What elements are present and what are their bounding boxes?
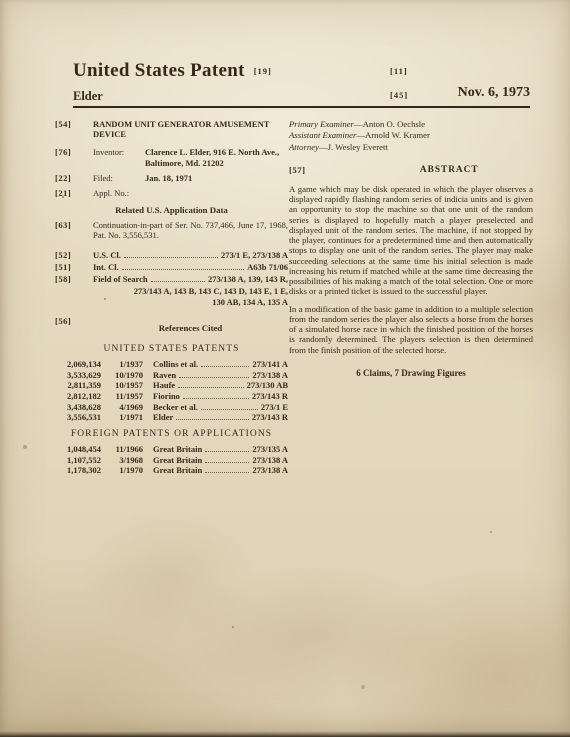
table-row: 3,438,628 4/1969 Becker et al. 273/1 E — [55, 402, 288, 412]
patentee-name: Fiorino — [153, 391, 180, 401]
kind-code-19: [19] — [254, 66, 272, 76]
patent-date: 1/1937 — [101, 359, 143, 369]
patent-class: 273/138 A — [252, 455, 288, 465]
field-of-search-value: 273/138 A, 139, 143 R, — [208, 274, 288, 284]
us-cl-value: 273/1 E, 273/138 A — [221, 250, 288, 260]
dot-leader — [179, 377, 249, 378]
field-code-56: [56] — [55, 316, 93, 338]
header-name-row: Elder [45] Nov. 6, 1973 — [73, 87, 530, 107]
claims-line: 6 Claims, 7 Drawing Figures — [289, 368, 533, 379]
examiner-role: Assistant Examiner — [289, 130, 356, 140]
table-row: 3,556,531 1/1971 Elder 273/143 R — [55, 412, 288, 422]
patent-number: 3,533,629 — [55, 370, 101, 380]
patent-class: 273/130 AB — [247, 380, 288, 390]
patent-class: 273/138 A — [252, 370, 288, 380]
field-51-int-cl: [51] Int. Cl. A63b 71/06 — [55, 262, 288, 273]
patent-number: 2,069,134 — [55, 359, 101, 369]
field-code-63: [63] — [55, 220, 93, 240]
field-22-filed: [22] Filed: Jan. 18, 1971 — [55, 173, 288, 183]
invention-title: RANDOM UNIT GENERATOR AMUSEMENT DEVICE — [93, 119, 288, 139]
patent-date: 11/1957 — [101, 391, 143, 401]
patent-number: 1,107,552 — [55, 455, 101, 465]
patentee-name: Becker et al. — [153, 402, 198, 412]
inventor-value: Clarence L. Elder, 916 E. North Ave., Ba… — [145, 147, 288, 167]
patent-country: Great Britain — [153, 455, 202, 465]
attorney-name: —J. Wesley Everett — [319, 142, 388, 152]
field-code-54: [54] — [55, 119, 93, 139]
dot-leader — [201, 409, 258, 410]
abstract-heading-row: [57] ABSTRACT — [289, 165, 533, 176]
dot-leader — [205, 472, 249, 473]
dot-leader — [124, 257, 218, 258]
primary-examiner-line: Primary Examiner—Anton O. Oechsle — [289, 119, 533, 129]
patent-number: 1,178,302 — [55, 465, 101, 475]
inventor-label: Inventor: — [93, 147, 145, 167]
dot-leader — [178, 387, 243, 388]
assistant-examiner-line: Assistant Examiner—Arnold W. Kramer — [289, 130, 533, 140]
issue-date: Nov. 6, 1973 — [458, 85, 530, 101]
field-of-search-block: Field of Search 273/138 A, 139, 143 R, 2… — [93, 274, 288, 308]
field-code-58: [58] — [55, 274, 93, 308]
abstract-paragraph-2: In a modification of the basic game in a… — [289, 304, 533, 355]
search-continuation-1: 273/143 A, 143 B, 143 C, 143 D, 143 E, 1… — [93, 286, 288, 296]
patent-date: 1/1971 — [101, 412, 143, 422]
abstract-paragraph-1: A game which may be disk operated in whi… — [289, 184, 533, 297]
examiners-block: Primary Examiner—Anton O. Oechsle Assist… — [289, 119, 533, 152]
patentee-name: Collins et al. — [153, 359, 198, 369]
table-row: 2,811,359 10/1957 Haufe 273/130 AB — [55, 380, 288, 390]
us-cl-line: U.S. Cl. 273/1 E, 273/138 A — [93, 250, 288, 260]
patent-number: 1,048,454 — [55, 444, 101, 454]
patent-class: 273/141 A — [252, 359, 288, 369]
examiner-role: Primary Examiner — [289, 119, 354, 129]
table-row: 1,107,552 3/1968 Great Britain 273/138 A — [55, 455, 288, 465]
patent-number: 2,811,359 — [55, 380, 101, 390]
references-cited-heading: References Cited — [93, 323, 288, 334]
left-column: [54] RANDOM UNIT GENERATOR AMUSEMENT DEV… — [55, 119, 288, 476]
appl-no-label: Appl. No.: — [93, 188, 145, 198]
us-patents-table: 2,069,134 1/1937 Collins et al. 273/141 … — [55, 359, 288, 423]
int-cl-line: Int. Cl. A63b 71/06 — [93, 262, 288, 272]
examiner-name: —Arnold W. Kramer — [356, 130, 430, 140]
patent-date: 4/1969 — [101, 402, 143, 412]
patent-class: 273/143 R — [252, 412, 288, 422]
field-code-21: [21] — [55, 188, 93, 198]
patent-date: 1/1970 — [101, 465, 143, 475]
patent-class: 273/138 A — [252, 465, 288, 475]
field-of-search-label: Field of Search — [93, 274, 148, 284]
field-code-51: [51] — [55, 262, 93, 273]
search-continuation-2: 130 AB, 134 A, 135 A — [93, 297, 288, 307]
header-rule — [73, 106, 530, 108]
patent-class: 273/143 R — [252, 391, 288, 401]
int-cl-value: A63b 71/06 — [247, 262, 288, 272]
dot-leader — [201, 366, 249, 367]
patent-date: 11/1966 — [101, 444, 143, 454]
field-of-search-line: Field of Search 273/138 A, 139, 143 R, — [93, 274, 288, 284]
foreign-patents-table: 1,048,454 11/1966 Great Britain 273/135 … — [55, 444, 288, 476]
field-58-search: [58] Field of Search 273/138 A, 139, 143… — [55, 274, 288, 308]
dot-leader — [151, 281, 205, 282]
dot-leader — [183, 398, 249, 399]
patent-class: 273/135 A — [252, 444, 288, 454]
patent-class: 273/1 E — [261, 402, 288, 412]
patent-title: United States Patent — [73, 60, 245, 81]
appl-no-value — [145, 188, 288, 198]
scan-bottom-edge — [0, 731, 570, 737]
patent-document-page: United States Patent[19] [11] Elder [45]… — [0, 0, 570, 737]
filed-date: Jan. 18, 1971 — [145, 173, 288, 183]
field-54-title: [54] RANDOM UNIT GENERATOR AMUSEMENT DEV… — [55, 119, 288, 139]
us-patents-heading: UNITED STATES PATENTS — [55, 344, 288, 355]
examiner-name: —Anton O. Oechsle — [354, 119, 425, 129]
field-code-52: [52] — [55, 250, 93, 261]
field-code-22: [22] — [55, 173, 93, 183]
patent-date: 10/1957 — [101, 380, 143, 390]
patent-country: Great Britain — [153, 465, 202, 475]
table-row: 3,533,629 10/1970 Raven 273/138 A — [55, 370, 288, 380]
patentee-name: Haufe — [153, 380, 175, 390]
us-cl-label: U.S. Cl. — [93, 250, 121, 260]
field-56-references: [56] References Cited — [55, 316, 288, 338]
patent-header: United States Patent[19] [11] Elder [45]… — [73, 60, 530, 107]
dot-leader — [122, 269, 244, 270]
patentee-name: Elder — [153, 412, 173, 422]
attorney-role: Attorney — [289, 142, 319, 152]
field-63-continuation: [63] Continuation-in-part of Ser. No. 73… — [55, 220, 288, 240]
paper-specks — [62, 196, 64, 198]
patent-number: 3,438,628 — [55, 402, 101, 412]
right-column: Primary Examiner—Anton O. Oechsle Assist… — [289, 119, 533, 379]
field-52-us-cl: [52] U.S. Cl. 273/1 E, 273/138 A — [55, 250, 288, 261]
header-title-row: United States Patent[19] [11] — [73, 60, 530, 86]
table-row: 2,069,134 1/1937 Collins et al. 273/141 … — [55, 359, 288, 369]
patent-number: 3,556,531 — [55, 412, 101, 422]
field-code-57: [57] — [289, 165, 305, 176]
attorney-line: Attorney—J. Wesley Everett — [289, 142, 533, 152]
field-code-76: [76] — [55, 147, 93, 167]
patent-date: 3/1968 — [101, 455, 143, 465]
patent-date: 10/1970 — [101, 370, 143, 380]
field-21-appl-no: [21] Appl. No.: — [55, 188, 288, 198]
table-row: 1,048,454 11/1966 Great Britain 273/135 … — [55, 444, 288, 454]
table-row: 1,178,302 1/1970 Great Britain 273/138 A — [55, 465, 288, 475]
patentee-name: Raven — [153, 370, 176, 380]
related-application-heading: Related U.S. Application Data — [55, 205, 288, 216]
field-76-inventor: [76] Inventor: Clarence L. Elder, 916 E.… — [55, 147, 288, 167]
continuation-text: Continuation-in-part of Ser. No. 737,466… — [93, 220, 288, 240]
patent-number-code-11: [11] — [390, 66, 408, 76]
int-cl-label: Int. Cl. — [93, 262, 119, 272]
dot-leader — [205, 451, 249, 452]
foreign-patents-heading: FOREIGN PATENTS OR APPLICATIONS — [55, 429, 288, 440]
date-code-45: [45] — [390, 90, 408, 100]
dot-leader — [205, 462, 249, 463]
inventor-surname: Elder — [73, 89, 103, 103]
patent-country: Great Britain — [153, 444, 202, 454]
dot-leader — [176, 419, 249, 420]
patent-number: 2,812,182 — [55, 391, 101, 401]
table-row: 2,812,182 11/1957 Fiorino 273/143 R — [55, 391, 288, 401]
filed-label: Filed: — [93, 173, 145, 183]
abstract-heading: ABSTRACT — [365, 165, 533, 176]
